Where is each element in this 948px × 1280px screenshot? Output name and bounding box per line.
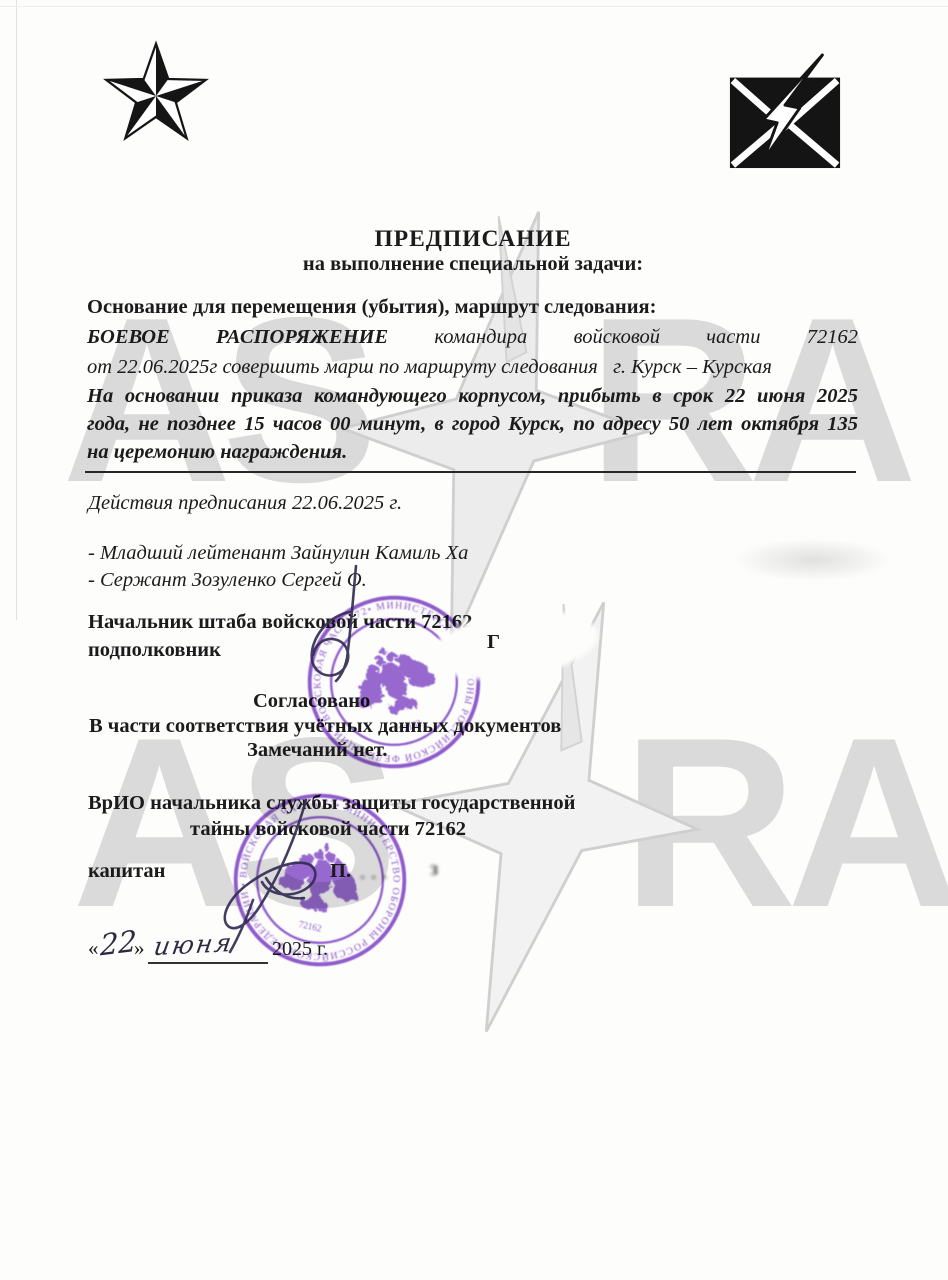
- order-line: БОЕВОЕ РАСПОРЯЖЕНИЕ командира войсковой …: [87, 326, 858, 349]
- order-word: БОЕВОЕ: [87, 326, 170, 349]
- horizontal-rule: [85, 471, 856, 473]
- round-stamp-1: • МИНИСТЕРСТВО ОБОРОНЫ РОССИЙСКОЙ ФЕДЕРА…: [276, 564, 512, 800]
- basis-heading: Основание для перемещения (убытия), марш…: [87, 296, 656, 319]
- order-word: командира: [434, 326, 527, 349]
- doc-title: ПРЕДПИСАНИЕ: [87, 226, 859, 253]
- page-edge-line-top: [0, 6, 948, 7]
- black-star-logo-icon: [100, 40, 212, 152]
- captain-name-fragment: з: [430, 858, 438, 881]
- chief-name-fragment: Г: [487, 631, 500, 654]
- envelope-lightning-logo-icon: [721, 52, 849, 170]
- stamp-inner-number: 72162: [398, 718, 423, 735]
- date-close-quote: »: [134, 936, 145, 961]
- stamp-eagle-emblem: [272, 836, 369, 920]
- order-word: РАСПОРЯЖЕНИЕ: [216, 326, 388, 349]
- date-open-quote: «: [88, 936, 99, 961]
- order-word: 72162: [807, 326, 858, 349]
- redaction-smudge: [733, 538, 893, 582]
- personnel-line: - Младший лейтенант Зайнулин Камиль Ха: [88, 542, 468, 565]
- captain-rank: капитан: [88, 860, 166, 883]
- date-day-handwritten: 22: [100, 924, 137, 963]
- doc-subtitle: на выполнение специальной задачи:: [87, 253, 859, 276]
- personnel-line: - Сержант Зозуленко Сергей О.: [88, 569, 367, 592]
- route-line: от 22.06.2025г совершить марш по маршрут…: [87, 356, 839, 379]
- order-paragraph-line: года, не позднее 15 часов 00 минут, в го…: [87, 413, 858, 436]
- stamp-eagle-emblem: [342, 633, 445, 726]
- stamp-inner-number: 72162: [298, 919, 323, 934]
- chief-rank: подполковник: [88, 639, 221, 662]
- date-underline: [148, 962, 268, 964]
- watermark-text-ra-2: RA: [622, 702, 948, 944]
- document-page: AS RA AS RA ПРЕДПИСАНИЕ на выполнение сп…: [0, 0, 948, 1280]
- order-word: части: [706, 326, 760, 349]
- round-stamp-2: • МИНИСТЕРСТВО ОБОРОНЫ РОССИЙСКОЙ ФЕДЕРА…: [211, 771, 429, 989]
- captain-name-initial: П.: [330, 860, 351, 883]
- page-edge-line: [16, 0, 17, 620]
- watermark-lower-right: RA: [622, 702, 948, 944]
- captain-name-blurred: ...: [360, 862, 393, 885]
- order-paragraph-line: на церемонию награждения.: [87, 441, 347, 464]
- order-paragraph-line: На основании приказа командующего корпус…: [87, 385, 858, 408]
- validity-line: Действия предписания 22.06.2025 г.: [88, 492, 402, 515]
- order-word: войсковой: [574, 326, 660, 349]
